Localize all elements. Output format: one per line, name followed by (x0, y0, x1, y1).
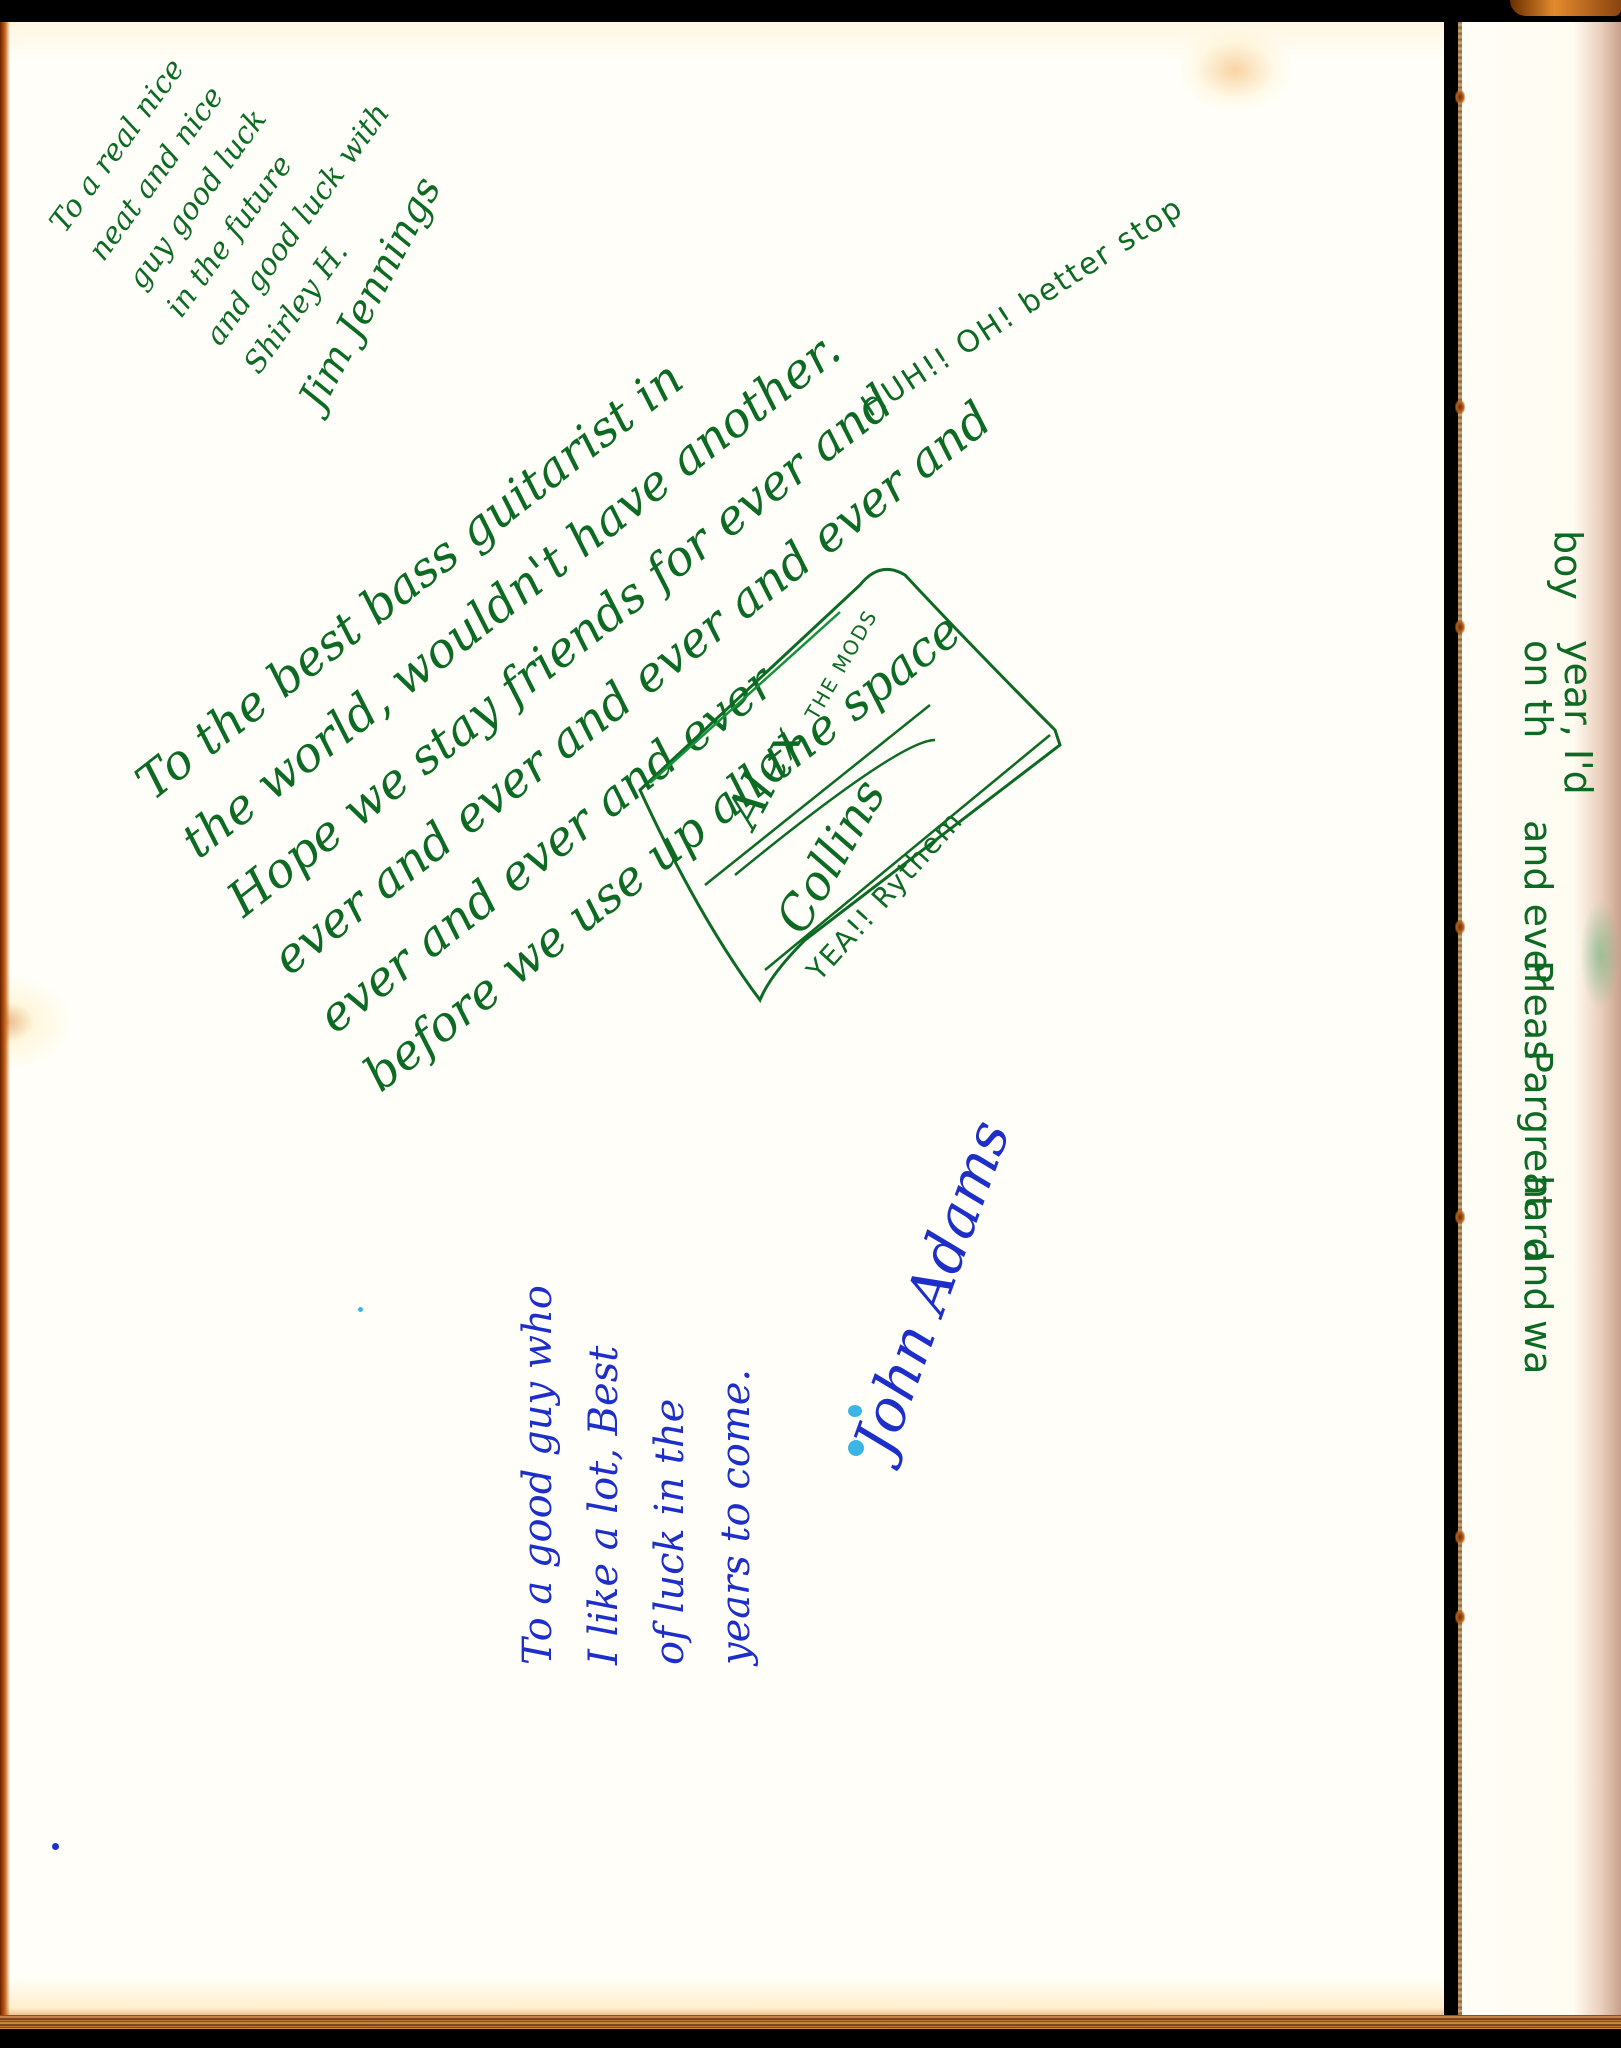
note-line: To a good guy who (505, 1285, 571, 1665)
binding-stitch (1455, 90, 1465, 104)
right-page-line: on th (1516, 640, 1560, 738)
blue-note: To a good guy who I like a lot, Best of … (505, 1285, 769, 1665)
binding-stitch (1455, 1610, 1465, 1624)
ink-blot (848, 1405, 862, 1417)
binding-stitch (1455, 1530, 1465, 1544)
left-page-edge (0, 22, 10, 2022)
age-stain (1180, 30, 1290, 110)
ink-dot (52, 1843, 59, 1850)
right-page-line: Par (1516, 1050, 1560, 1110)
ink-dot (358, 1307, 363, 1312)
binding-seam (1458, 22, 1462, 2017)
note-line: years to come. (703, 1285, 769, 1665)
note-line: of luck in the (637, 1285, 703, 1665)
binding-stitch (1455, 1210, 1465, 1224)
right-page-line: Pleas (1516, 960, 1560, 1060)
binding-stitch (1455, 400, 1465, 414)
page-bottom-edge (0, 2015, 1621, 2029)
cover-edge-stain (1510, 0, 1621, 16)
right-page-line: wa (1516, 1320, 1560, 1374)
binding-stitch (1455, 620, 1465, 634)
ink-blot (848, 1440, 864, 1456)
binding-stitch (1455, 920, 1465, 934)
right-page-line: boy (1546, 530, 1590, 600)
note-line: I like a lot, Best (571, 1285, 637, 1665)
right-page-line: year, I'd (1556, 640, 1600, 795)
right-page-line: and (1516, 1240, 1560, 1312)
